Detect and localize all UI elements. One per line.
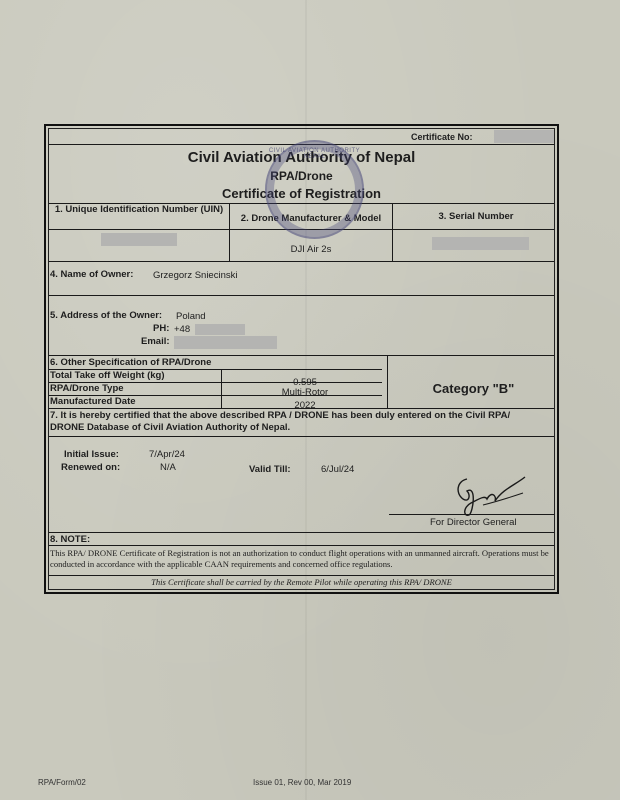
renewed-label: Renewed on: [61,462,120,473]
category-badge: Category "B" [389,381,558,396]
initial-issue-label: Initial Issue: [64,449,119,460]
certificate-number-label: Certificate No: [411,132,473,142]
phone-label: PH: [153,323,169,334]
initial-issue-value: 7/Apr/24 [149,449,185,460]
form-id: RPA/Form/02 [38,778,86,787]
official-stamp: CIVIL AVIATION AUTHORITY NEPAL [265,140,364,239]
stamp-text: CIVIL AVIATION AUTHORITY NEPAL [267,148,362,160]
signature-icon [449,469,529,519]
carry-notice: This Certificate shall be carried by the… [49,577,554,587]
email-label: Email: [141,336,170,347]
spec-label-manufactured: Manufactured Date [50,396,136,407]
spec-label-weight: Total Take off Weight (kg) [50,370,165,381]
certification-statement: 7. It is hereby certified that the above… [50,410,514,434]
email-redacted [174,336,277,349]
signatory-label: For Director General [430,517,517,528]
note-text: This RPA/ DRONE Certificate of Registrat… [50,548,550,570]
specs-section-label: 6. Other Specification of RPA/Drone [50,357,211,368]
note-label: 8. NOTE: [50,534,90,545]
serial-value-redacted [432,237,529,250]
serial-label: 3. Serial Number [394,211,558,222]
uin-value-redacted [101,233,177,246]
certificate-number-redacted [494,130,554,143]
phone-redacted [195,324,245,335]
phone-value: +48 [174,324,190,335]
spec-value-type: Multi-Rotor [223,387,387,398]
valid-till-value: 6/Jul/24 [321,464,354,475]
address-label: 5. Address of the Owner: [50,310,162,321]
uin-label: 1. Unique Identification Number (UIN) [49,204,229,216]
owner-value: Grzegorz Sniecinski [153,270,237,281]
owner-label: 4. Name of Owner: [50,269,133,280]
valid-till-label: Valid Till: [249,464,291,475]
manufacturer-value: DJI Air 2s [230,244,392,255]
address-value: Poland [176,311,206,322]
renewed-value: N/A [160,462,176,473]
spec-label-type: RPA/Drone Type [50,383,124,394]
issue-revision: Issue 01, Rev 00, Mar 2019 [253,778,351,787]
